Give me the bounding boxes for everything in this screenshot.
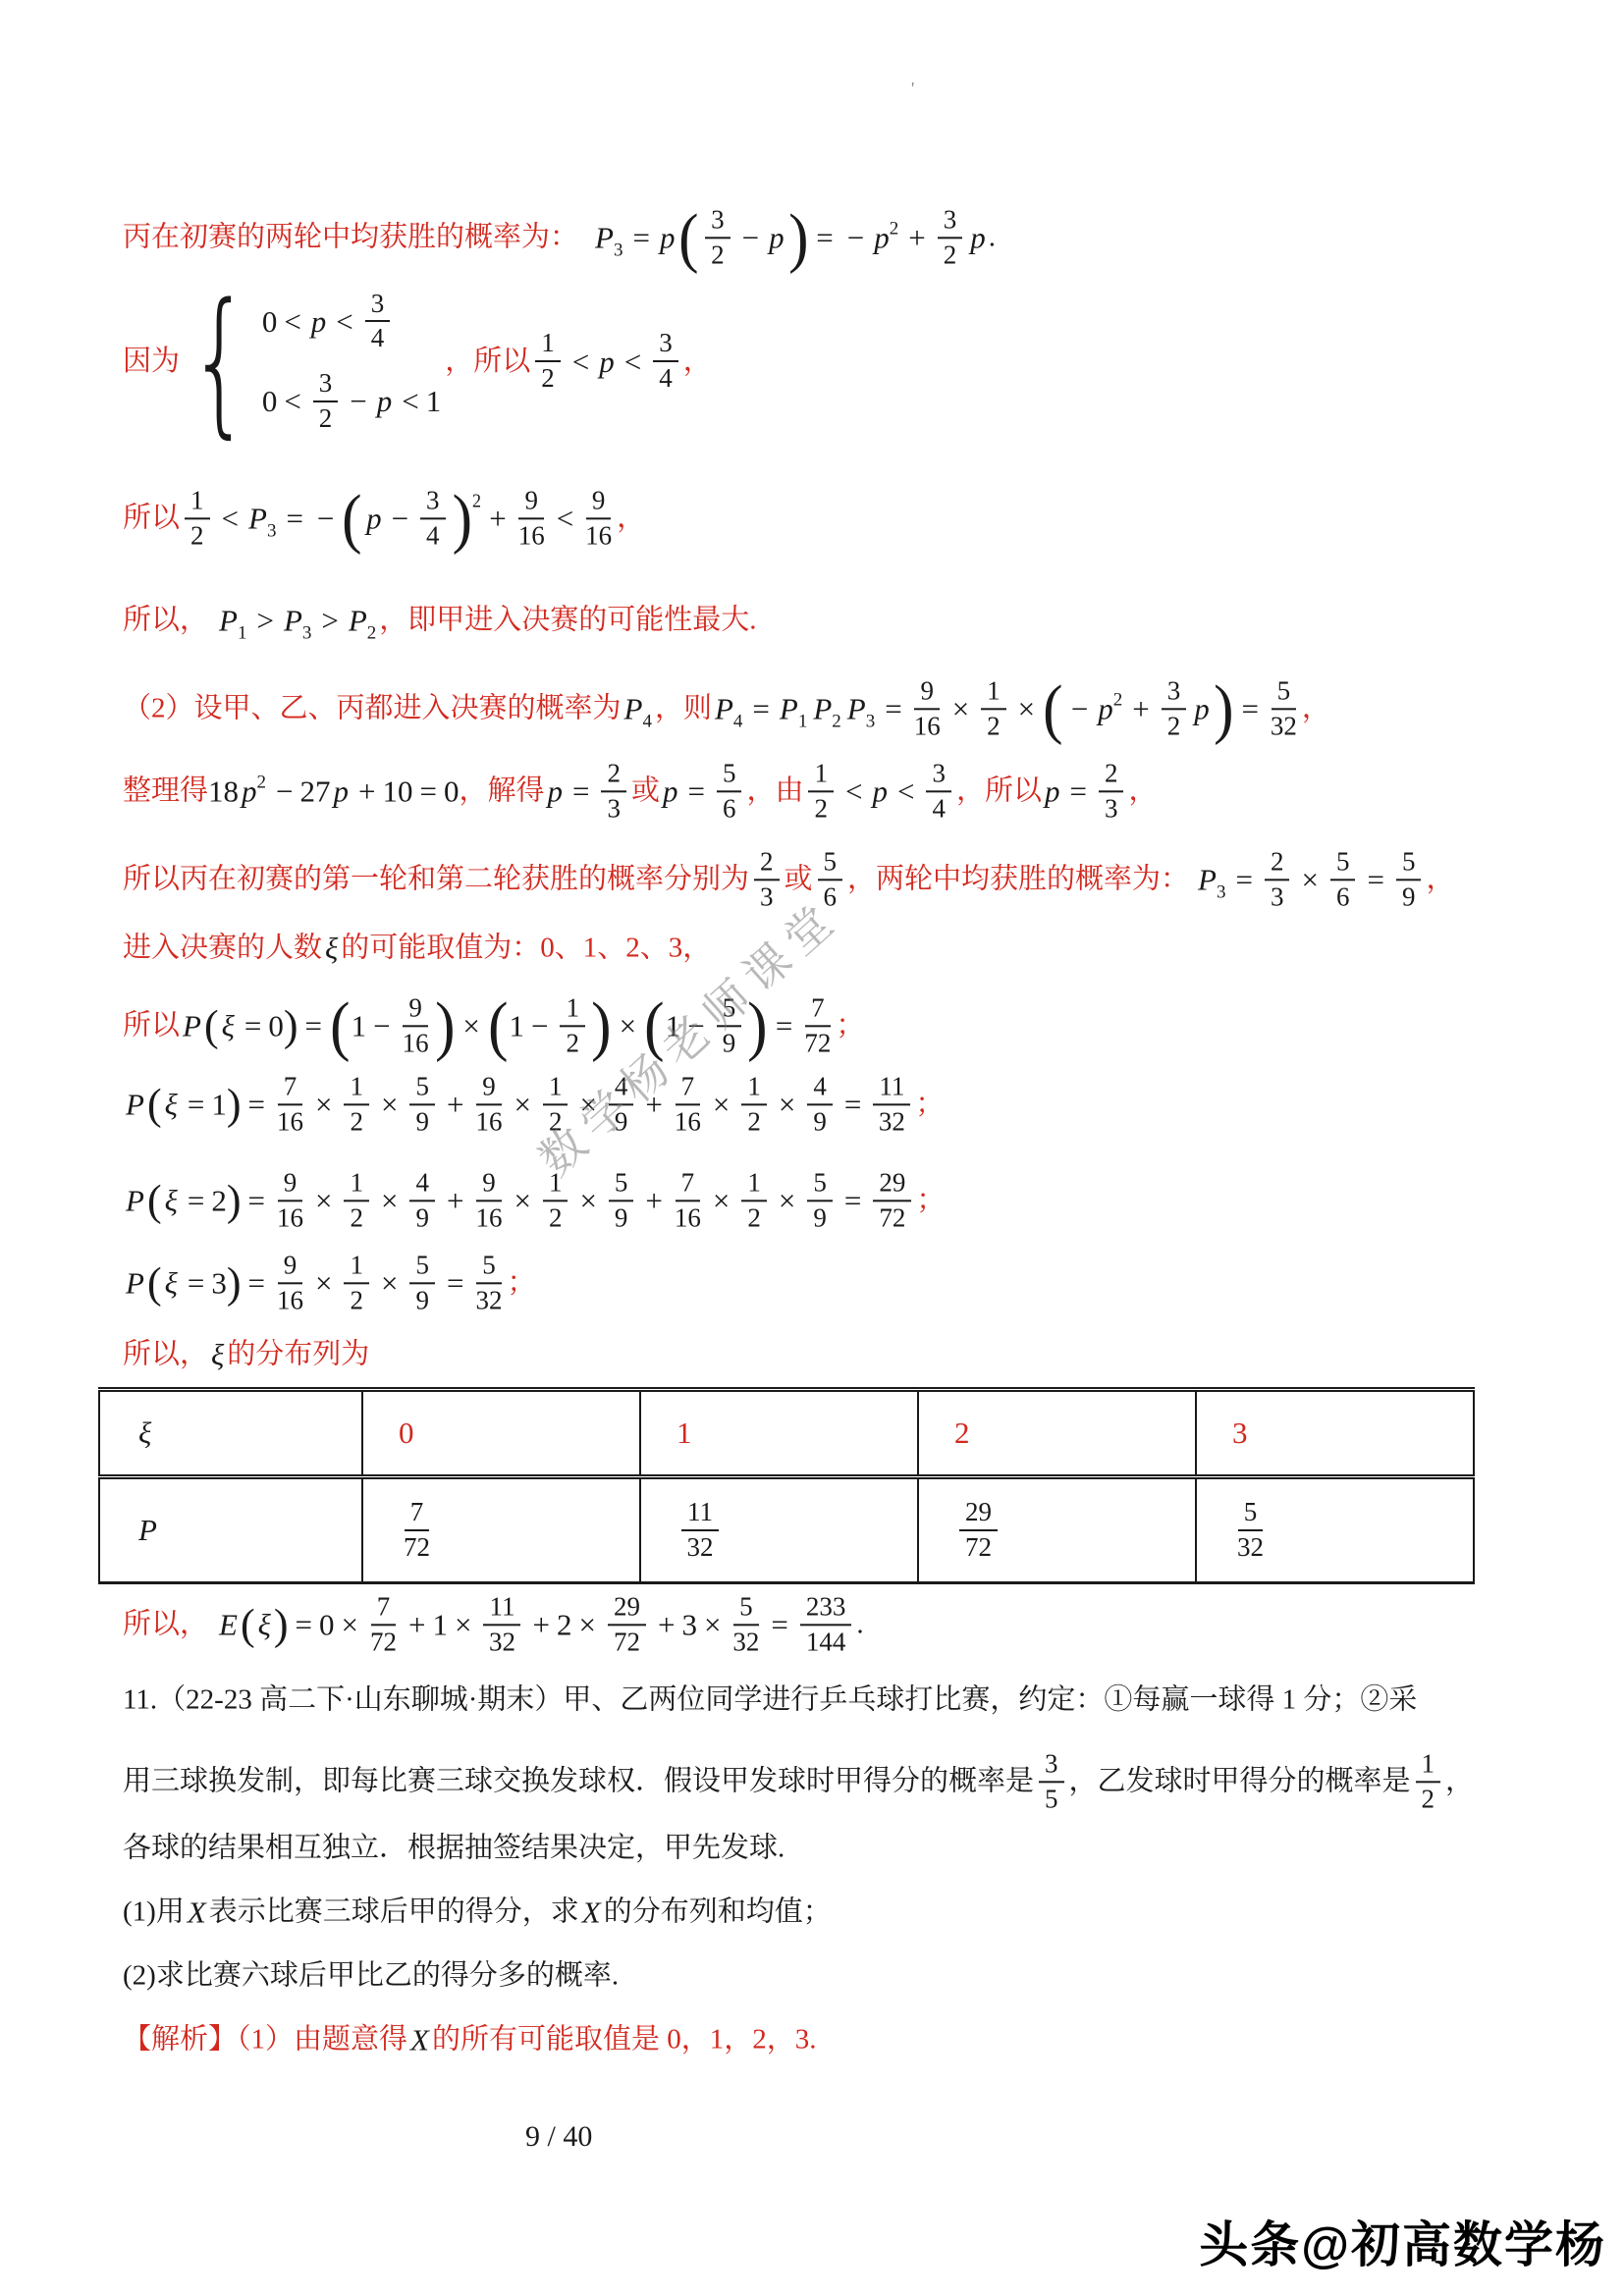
parenthesis: )2 bbox=[452, 490, 480, 547]
line-p-xi-2: P(ξ=2)=916×12×49+916×12×59+716×12×59=297… bbox=[123, 1168, 945, 1232]
fraction: 12 bbox=[344, 1072, 369, 1136]
watermark-credit: 头条@初高数学杨 bbox=[1199, 2206, 1606, 2276]
table-cell: 1132 bbox=[640, 1477, 918, 1583]
math-number: 1 bbox=[352, 1011, 367, 1041]
fraction: 916 bbox=[277, 1251, 303, 1314]
math-operator: − bbox=[392, 504, 408, 534]
math-operator: = bbox=[1241, 694, 1258, 724]
math-variable: p bbox=[599, 347, 615, 377]
math-operator: − bbox=[276, 776, 293, 807]
text-run: 进入决赛的人数 bbox=[123, 934, 322, 963]
table-row: ξ0123 bbox=[99, 1390, 1474, 1477]
math-operator: = bbox=[188, 1268, 204, 1299]
math-operator: − bbox=[350, 386, 366, 416]
math-variable: p bbox=[660, 223, 676, 253]
math-operator: + bbox=[358, 776, 375, 807]
fraction: 532 bbox=[1237, 1498, 1264, 1562]
line-problem11-b: 用三球换发制，即每比赛三球交换发球权．假设甲发球时甲得分的概率是35，乙发球时甲… bbox=[123, 1749, 1474, 1813]
math-variable: P bbox=[126, 1090, 144, 1120]
parenthesis: ) bbox=[227, 1182, 242, 1218]
math-operator: × bbox=[381, 1268, 398, 1299]
parenthesis: ( bbox=[679, 209, 699, 266]
line-conclusion-1: 所以，P1>P3>P2，即甲进入决赛的可能性最大. bbox=[123, 606, 757, 636]
math-variable: p bbox=[970, 223, 986, 253]
math-variable: p bbox=[1045, 776, 1060, 807]
math-variable: X bbox=[582, 1897, 601, 1928]
fraction: 916 bbox=[475, 1168, 502, 1232]
math-operator: × bbox=[779, 1090, 795, 1120]
text-run: ，解得 bbox=[459, 777, 544, 806]
math-variable: P1 bbox=[219, 606, 246, 636]
math-operator: > bbox=[256, 606, 273, 636]
text-run: 因为 bbox=[123, 347, 180, 376]
math-operator: − bbox=[742, 223, 759, 253]
math-operator: − bbox=[531, 1011, 548, 1041]
text-run: (2)求比赛六球后甲比乙的得分多的概率. bbox=[123, 1962, 619, 1991]
fraction: 12 bbox=[344, 1168, 369, 1232]
text-run: 的分布列为 bbox=[227, 1341, 369, 1369]
math-variable: E bbox=[219, 1610, 238, 1640]
math-variable: P3 bbox=[847, 694, 875, 724]
parenthesis: ) bbox=[274, 1606, 289, 1642]
text-run: 所以 bbox=[123, 1012, 180, 1041]
math-operator: = bbox=[1235, 865, 1252, 895]
text-run: 所以， bbox=[123, 607, 208, 635]
math-variable: P3 bbox=[595, 223, 623, 253]
table-cell: 2972 bbox=[918, 1477, 1196, 1583]
text-run: 用三球换发制，即每比赛三球交换发球权．假设甲发球时甲得分的概率是 bbox=[123, 1768, 1034, 1796]
math-operator: × bbox=[704, 1610, 721, 1640]
math-number: 2 bbox=[557, 1610, 572, 1640]
text-run: ， bbox=[1128, 777, 1157, 806]
table-cell: ξ bbox=[99, 1390, 362, 1477]
parenthesis: ) bbox=[227, 1264, 242, 1301]
fraction: 59 bbox=[409, 1072, 435, 1136]
parenthesis: ( bbox=[147, 1182, 162, 1218]
fraction: 59 bbox=[807, 1168, 833, 1232]
math-operator: × bbox=[713, 1090, 730, 1120]
fraction: 233144 bbox=[800, 1592, 852, 1656]
math-variable: ξ bbox=[222, 1011, 235, 1041]
math-variable: X bbox=[188, 1897, 206, 1928]
line-expectation: 所以，E(ξ)=0×772+1×1132+2×2972+3×532=233144… bbox=[123, 1592, 864, 1656]
math-operator: × bbox=[455, 1610, 471, 1640]
math-operator: + bbox=[908, 223, 925, 253]
parenthesis: ( bbox=[343, 490, 362, 547]
fraction: 772 bbox=[370, 1592, 397, 1656]
fraction: 12 bbox=[741, 1168, 767, 1232]
math-number: 0 bbox=[399, 1415, 414, 1450]
line-p-xi-1: P(ξ=1)=716×12×59+916×12×49+716×12×49=113… bbox=[123, 1072, 944, 1136]
math-variable: p bbox=[366, 504, 382, 534]
math-operator: = bbox=[816, 223, 833, 253]
math-operator: < bbox=[402, 386, 418, 416]
fraction: 12 bbox=[981, 676, 1006, 740]
text-run: 【解析】（1）由题意得 bbox=[123, 2026, 407, 2055]
page-number: 9 / 40 bbox=[525, 2120, 592, 2154]
math-operator: × bbox=[1301, 865, 1318, 895]
fraction: 23 bbox=[601, 759, 626, 823]
math-variable: P2 bbox=[813, 694, 840, 724]
line-because-system: 因为{0<p<340<32−p<1，所以12<p<34， bbox=[123, 283, 712, 440]
line-problem11-q1: (1)用X表示比赛三球后甲的得分，求X的分布列和均值； bbox=[123, 1897, 832, 1928]
brace-icon: { bbox=[189, 283, 250, 440]
line-so-p3-bound: 所以12<P3=−(p−34)2+916<916， bbox=[123, 486, 645, 550]
math-number: 0 bbox=[268, 1011, 284, 1041]
text-run: ，即甲进入决赛的可能性最大. bbox=[379, 607, 756, 635]
math-number: 3 bbox=[211, 1268, 227, 1299]
parenthesis: ) bbox=[227, 1086, 242, 1122]
math-operator: = bbox=[419, 776, 436, 807]
math-operator: = bbox=[248, 1090, 265, 1120]
math-operator: − bbox=[373, 1011, 390, 1041]
fraction: 12 bbox=[185, 486, 210, 550]
fraction: 716 bbox=[277, 1072, 303, 1136]
fraction: 2972 bbox=[959, 1498, 998, 1562]
text-run: 所以 bbox=[123, 505, 180, 533]
math-operator: = bbox=[296, 1610, 312, 1640]
math-operator: × bbox=[462, 1011, 479, 1041]
math-operator: × bbox=[578, 1610, 595, 1640]
math-variable: ξ bbox=[138, 1415, 151, 1450]
fraction: 12 bbox=[560, 993, 585, 1057]
table-row: P77211322972532 bbox=[99, 1477, 1474, 1583]
math-operator: = bbox=[188, 1186, 204, 1216]
math-operator: + bbox=[489, 504, 506, 534]
parenthesis: ) bbox=[591, 997, 611, 1054]
math-number: 0 bbox=[262, 386, 278, 416]
math-operator: × bbox=[620, 1011, 636, 1041]
math-number: 10 bbox=[382, 776, 412, 807]
parenthesis: ( bbox=[330, 997, 350, 1054]
math-operator: < bbox=[284, 386, 300, 416]
math-operator: − bbox=[847, 223, 864, 253]
line-jiexi: 【解析】（1）由题意得X的所有可能取值是 0，1，2，3. bbox=[123, 2025, 816, 2056]
math-operator: + bbox=[645, 1186, 662, 1216]
text-run: ； bbox=[507, 1269, 535, 1298]
math-operator: = bbox=[776, 1011, 792, 1041]
line-solve-p: 整理得18p2−27p+10=0，解得p=23或p=56，由12<p<34，所以… bbox=[123, 759, 1157, 823]
math-operator: < bbox=[572, 347, 589, 377]
fraction: 916 bbox=[277, 1168, 303, 1232]
math-variable: ξ bbox=[165, 1268, 178, 1299]
math-variable: P bbox=[183, 1011, 201, 1041]
math-operator: = bbox=[248, 1268, 265, 1299]
parenthesis: ) bbox=[1214, 680, 1233, 737]
table-cell: P bbox=[99, 1477, 362, 1583]
fraction: 34 bbox=[653, 329, 678, 393]
math-operator: < bbox=[222, 504, 239, 534]
math-operator: + bbox=[1132, 694, 1149, 724]
math-variable: p2 bbox=[874, 223, 898, 253]
math-variable: P3 bbox=[284, 606, 311, 636]
math-number: 2 bbox=[211, 1186, 227, 1216]
math-variable: P3 bbox=[248, 504, 276, 534]
math-variable: P1 bbox=[780, 694, 807, 724]
math-variable: ξ bbox=[211, 1340, 224, 1370]
math-operator: + bbox=[408, 1610, 425, 1640]
math-variable: p2 bbox=[1098, 694, 1122, 724]
math-variable: ξ bbox=[165, 1186, 178, 1216]
math-number: 1 bbox=[211, 1090, 227, 1120]
line-problem11-q2: (2)求比赛六球后甲比乙的得分多的概率. bbox=[123, 1962, 619, 1991]
math-operator: = bbox=[844, 1090, 861, 1120]
math-variable: p bbox=[769, 223, 785, 253]
math-number: 3 bbox=[1232, 1415, 1248, 1450]
fraction: 12 bbox=[1416, 1749, 1441, 1813]
fraction: 59 bbox=[1396, 847, 1422, 911]
fraction: 2972 bbox=[873, 1168, 911, 1232]
math-variable: P3 bbox=[1198, 865, 1225, 895]
text-run: ，则 bbox=[655, 695, 712, 723]
math-operator: − bbox=[1071, 694, 1088, 724]
parenthesis: ( bbox=[1043, 680, 1062, 737]
text-run: ， bbox=[1426, 866, 1454, 894]
text-run: ，所以 bbox=[445, 347, 530, 376]
math-number: 0 bbox=[262, 306, 278, 337]
text-run: ，乙发球时甲得分的概率是 bbox=[1069, 1768, 1411, 1796]
text-run: ， bbox=[1445, 1768, 1474, 1796]
math-operator: = bbox=[1367, 865, 1383, 895]
text-run: . bbox=[989, 224, 996, 252]
math-operator: = bbox=[244, 1011, 261, 1041]
text-run: 丙在初赛的两轮中均获胜的概率为： bbox=[123, 224, 578, 252]
fraction: 59 bbox=[409, 1251, 435, 1314]
math-number: 0 bbox=[444, 776, 460, 807]
math-operator: × bbox=[1018, 694, 1035, 724]
text-run: ，两轮中均获胜的概率为： bbox=[847, 866, 1189, 894]
math-operator: − bbox=[317, 504, 334, 534]
fraction: 32 bbox=[938, 205, 963, 269]
text-run: 的分布列和均值； bbox=[604, 1898, 832, 1927]
math-operator: < bbox=[336, 306, 352, 337]
parenthesis: ) bbox=[435, 997, 455, 1054]
math-number: 27 bbox=[300, 776, 331, 807]
text-run: . bbox=[856, 1611, 863, 1639]
text-run: ； bbox=[836, 1012, 864, 1041]
math-operator: × bbox=[779, 1186, 795, 1216]
math-operator: = bbox=[305, 1011, 322, 1041]
math-operator: × bbox=[514, 1186, 530, 1216]
text-run: ，所以 bbox=[956, 777, 1042, 806]
math-operator: + bbox=[658, 1610, 675, 1640]
math-variable: p bbox=[663, 776, 678, 807]
text-run: 整理得 bbox=[123, 777, 208, 806]
math-operator: = bbox=[286, 504, 302, 534]
fraction: 916 bbox=[475, 1072, 502, 1136]
parenthesis: ) bbox=[788, 209, 808, 266]
fraction: 916 bbox=[403, 993, 429, 1057]
math-variable: X bbox=[410, 2025, 429, 2056]
math-variable: p bbox=[334, 776, 350, 807]
fraction: 716 bbox=[675, 1168, 701, 1232]
math-operator: + bbox=[447, 1186, 463, 1216]
parenthesis: ( bbox=[147, 1086, 162, 1122]
math-number: 2 bbox=[954, 1415, 970, 1450]
text-run: 11.（22-23 高二下·山东聊城·期末）甲、乙两位同学进行乒乓球打比赛，约定… bbox=[123, 1686, 1417, 1715]
math-operator: < bbox=[624, 347, 641, 377]
text-run: 所以丙在初赛的第一轮和第二轮获胜的概率分别为 bbox=[123, 866, 749, 894]
text-run: 或 bbox=[631, 777, 660, 806]
math-operator: × bbox=[381, 1186, 398, 1216]
math-variable: p bbox=[547, 776, 563, 807]
math-operator: < bbox=[897, 776, 914, 807]
text-run: ； bbox=[916, 1187, 945, 1215]
fraction: 772 bbox=[404, 1498, 430, 1562]
math-operator: × bbox=[315, 1090, 332, 1120]
parenthesis: ( bbox=[488, 997, 508, 1054]
fraction: 49 bbox=[807, 1072, 833, 1136]
line-problem11-c: 各球的结果相互独立．根据抽签结果决定，甲先发球. bbox=[123, 1835, 785, 1863]
math-operator: > bbox=[321, 606, 338, 636]
math-number: 0 bbox=[319, 1610, 335, 1640]
table-cell: 3 bbox=[1196, 1390, 1474, 1477]
math-number: 1 bbox=[677, 1415, 692, 1450]
text-run: 的可能取值为：0、1、2、3， bbox=[341, 934, 711, 963]
math-operator: < bbox=[284, 306, 300, 337]
math-variable: P bbox=[126, 1268, 144, 1299]
fraction: 34 bbox=[926, 759, 951, 823]
math-operator: × bbox=[381, 1090, 398, 1120]
math-variable: ξ bbox=[165, 1090, 178, 1120]
fraction: 532 bbox=[475, 1251, 502, 1314]
parenthesis: ( bbox=[204, 1007, 219, 1043]
math-variable: p bbox=[872, 776, 888, 807]
fraction: 59 bbox=[609, 1168, 634, 1232]
math-number: 1 bbox=[426, 386, 442, 416]
math-operator: × bbox=[342, 1610, 358, 1640]
stray-mark: ' bbox=[911, 79, 914, 99]
math-variable: p bbox=[1194, 694, 1210, 724]
math-operator: < bbox=[845, 776, 862, 807]
fraction: 23 bbox=[1099, 759, 1124, 823]
text-run: ， bbox=[617, 505, 645, 533]
fraction: 1132 bbox=[681, 1498, 719, 1562]
parenthesis: ( bbox=[147, 1264, 162, 1301]
fraction: 12 bbox=[344, 1251, 369, 1314]
math-number: 1 bbox=[509, 1011, 524, 1041]
math-operator: = bbox=[632, 223, 649, 253]
math-variable: p bbox=[311, 306, 327, 337]
math-operator: × bbox=[315, 1268, 332, 1299]
math-operator: = bbox=[447, 1268, 463, 1299]
math-operator: = bbox=[1069, 776, 1086, 807]
line-part2-p4: （2）设甲、乙、丙都进入决赛的概率为P4，则P4=P1P2P3=916×12×(… bbox=[123, 676, 1330, 740]
math-operator: + bbox=[447, 1090, 463, 1120]
math-operator: × bbox=[579, 1186, 596, 1216]
parenthesis: ) bbox=[284, 1007, 298, 1043]
math-variable: P4 bbox=[715, 694, 742, 724]
fraction: 1132 bbox=[483, 1592, 520, 1656]
table-cell: 532 bbox=[1196, 1477, 1474, 1583]
fraction: 916 bbox=[585, 486, 612, 550]
math-operator: = bbox=[752, 694, 769, 724]
fraction: 12 bbox=[535, 329, 561, 393]
fraction: 56 bbox=[1330, 847, 1356, 911]
fraction: 34 bbox=[365, 290, 391, 353]
fraction: 916 bbox=[914, 676, 941, 740]
math-operator: + bbox=[532, 1610, 549, 1640]
math-number: 18 bbox=[208, 776, 239, 807]
table-cell: 1 bbox=[640, 1390, 918, 1477]
line-prob-p3: 丙在初赛的两轮中均获胜的概率为：P3=p(32−p)=−p2+32p . bbox=[123, 205, 996, 269]
fraction: 32 bbox=[1162, 676, 1187, 740]
line-p-xi-3: P(ξ=3)=916×12×59=532； bbox=[123, 1251, 535, 1314]
math-variable: P bbox=[138, 1513, 157, 1547]
math-operator: = bbox=[844, 1186, 861, 1216]
text-run: 所以， bbox=[123, 1341, 208, 1369]
math-variable: ξ bbox=[325, 934, 338, 964]
fraction: 2972 bbox=[608, 1592, 646, 1656]
line-problem11-a: 11.（22-23 高二下·山东聊城·期末）甲、乙两位同学进行乒乓球打比赛，约定… bbox=[123, 1686, 1417, 1715]
math-operator: × bbox=[514, 1090, 530, 1120]
fraction: 34 bbox=[420, 486, 446, 550]
text-run: 各球的结果相互独立．根据抽签结果决定，甲先发球. bbox=[123, 1835, 785, 1863]
parenthesis: ( bbox=[241, 1606, 255, 1642]
math-number: 1 bbox=[433, 1610, 449, 1640]
table-cell: 0 bbox=[362, 1390, 640, 1477]
fraction: 23 bbox=[1265, 847, 1290, 911]
math-operator: = bbox=[188, 1090, 204, 1120]
fraction: 12 bbox=[741, 1072, 767, 1136]
math-operator: = bbox=[687, 776, 704, 807]
table-cell: 2 bbox=[918, 1390, 1196, 1477]
fraction: 772 bbox=[804, 993, 831, 1057]
math-operator: × bbox=[713, 1186, 730, 1216]
math-operator: = bbox=[248, 1186, 265, 1216]
math-operator: = bbox=[572, 776, 589, 807]
cases-system: {0<p<340<32−p<1 bbox=[184, 283, 441, 440]
text-run: （2）设甲、乙、丙都进入决赛的概率为 bbox=[123, 695, 622, 723]
text-run: (1)用 bbox=[123, 1898, 185, 1927]
line-distribution-intro: 所以，ξ的分布列为 bbox=[123, 1340, 369, 1370]
fraction: 532 bbox=[732, 1592, 759, 1656]
text-run: 所以， bbox=[123, 1611, 208, 1639]
math-operator: < bbox=[557, 504, 573, 534]
math-variable: P4 bbox=[624, 694, 652, 724]
text-run: 表示比赛三球后甲的得分，求 bbox=[209, 1898, 579, 1927]
math-variable: P2 bbox=[349, 606, 376, 636]
math-operator: = bbox=[771, 1610, 787, 1640]
fraction: 23 bbox=[754, 847, 780, 911]
math-number: 3 bbox=[681, 1610, 697, 1640]
text-run: ； bbox=[915, 1091, 944, 1119]
fraction: 916 bbox=[518, 486, 545, 550]
table-cell: 772 bbox=[362, 1477, 640, 1583]
math-variable: ξ bbox=[258, 1610, 271, 1640]
math-variable: P bbox=[126, 1186, 144, 1216]
fraction: 532 bbox=[1271, 676, 1297, 740]
fraction: 12 bbox=[808, 759, 834, 823]
math-operator: × bbox=[315, 1186, 332, 1216]
line-xi-values: 进入决赛的人数ξ的可能取值为：0、1、2、3， bbox=[123, 934, 711, 964]
math-operator: × bbox=[952, 694, 969, 724]
fraction: 32 bbox=[313, 369, 339, 433]
math-variable: p2 bbox=[242, 776, 266, 807]
fraction: 32 bbox=[705, 205, 731, 269]
math-variable: p bbox=[377, 386, 393, 416]
fraction: 35 bbox=[1039, 1749, 1064, 1813]
fraction: 56 bbox=[717, 759, 742, 823]
text-run: ，由 bbox=[746, 777, 803, 806]
fraction: 49 bbox=[409, 1168, 435, 1232]
distribution-table: ξ0123P77211322972532 bbox=[98, 1387, 1475, 1584]
fraction: 1132 bbox=[873, 1072, 910, 1136]
math-operator: = bbox=[885, 694, 901, 724]
text-run: ， bbox=[1302, 695, 1330, 723]
text-run: ， bbox=[683, 347, 712, 376]
text-run: 的所有可能取值是 0，1，2，3. bbox=[432, 2026, 817, 2055]
